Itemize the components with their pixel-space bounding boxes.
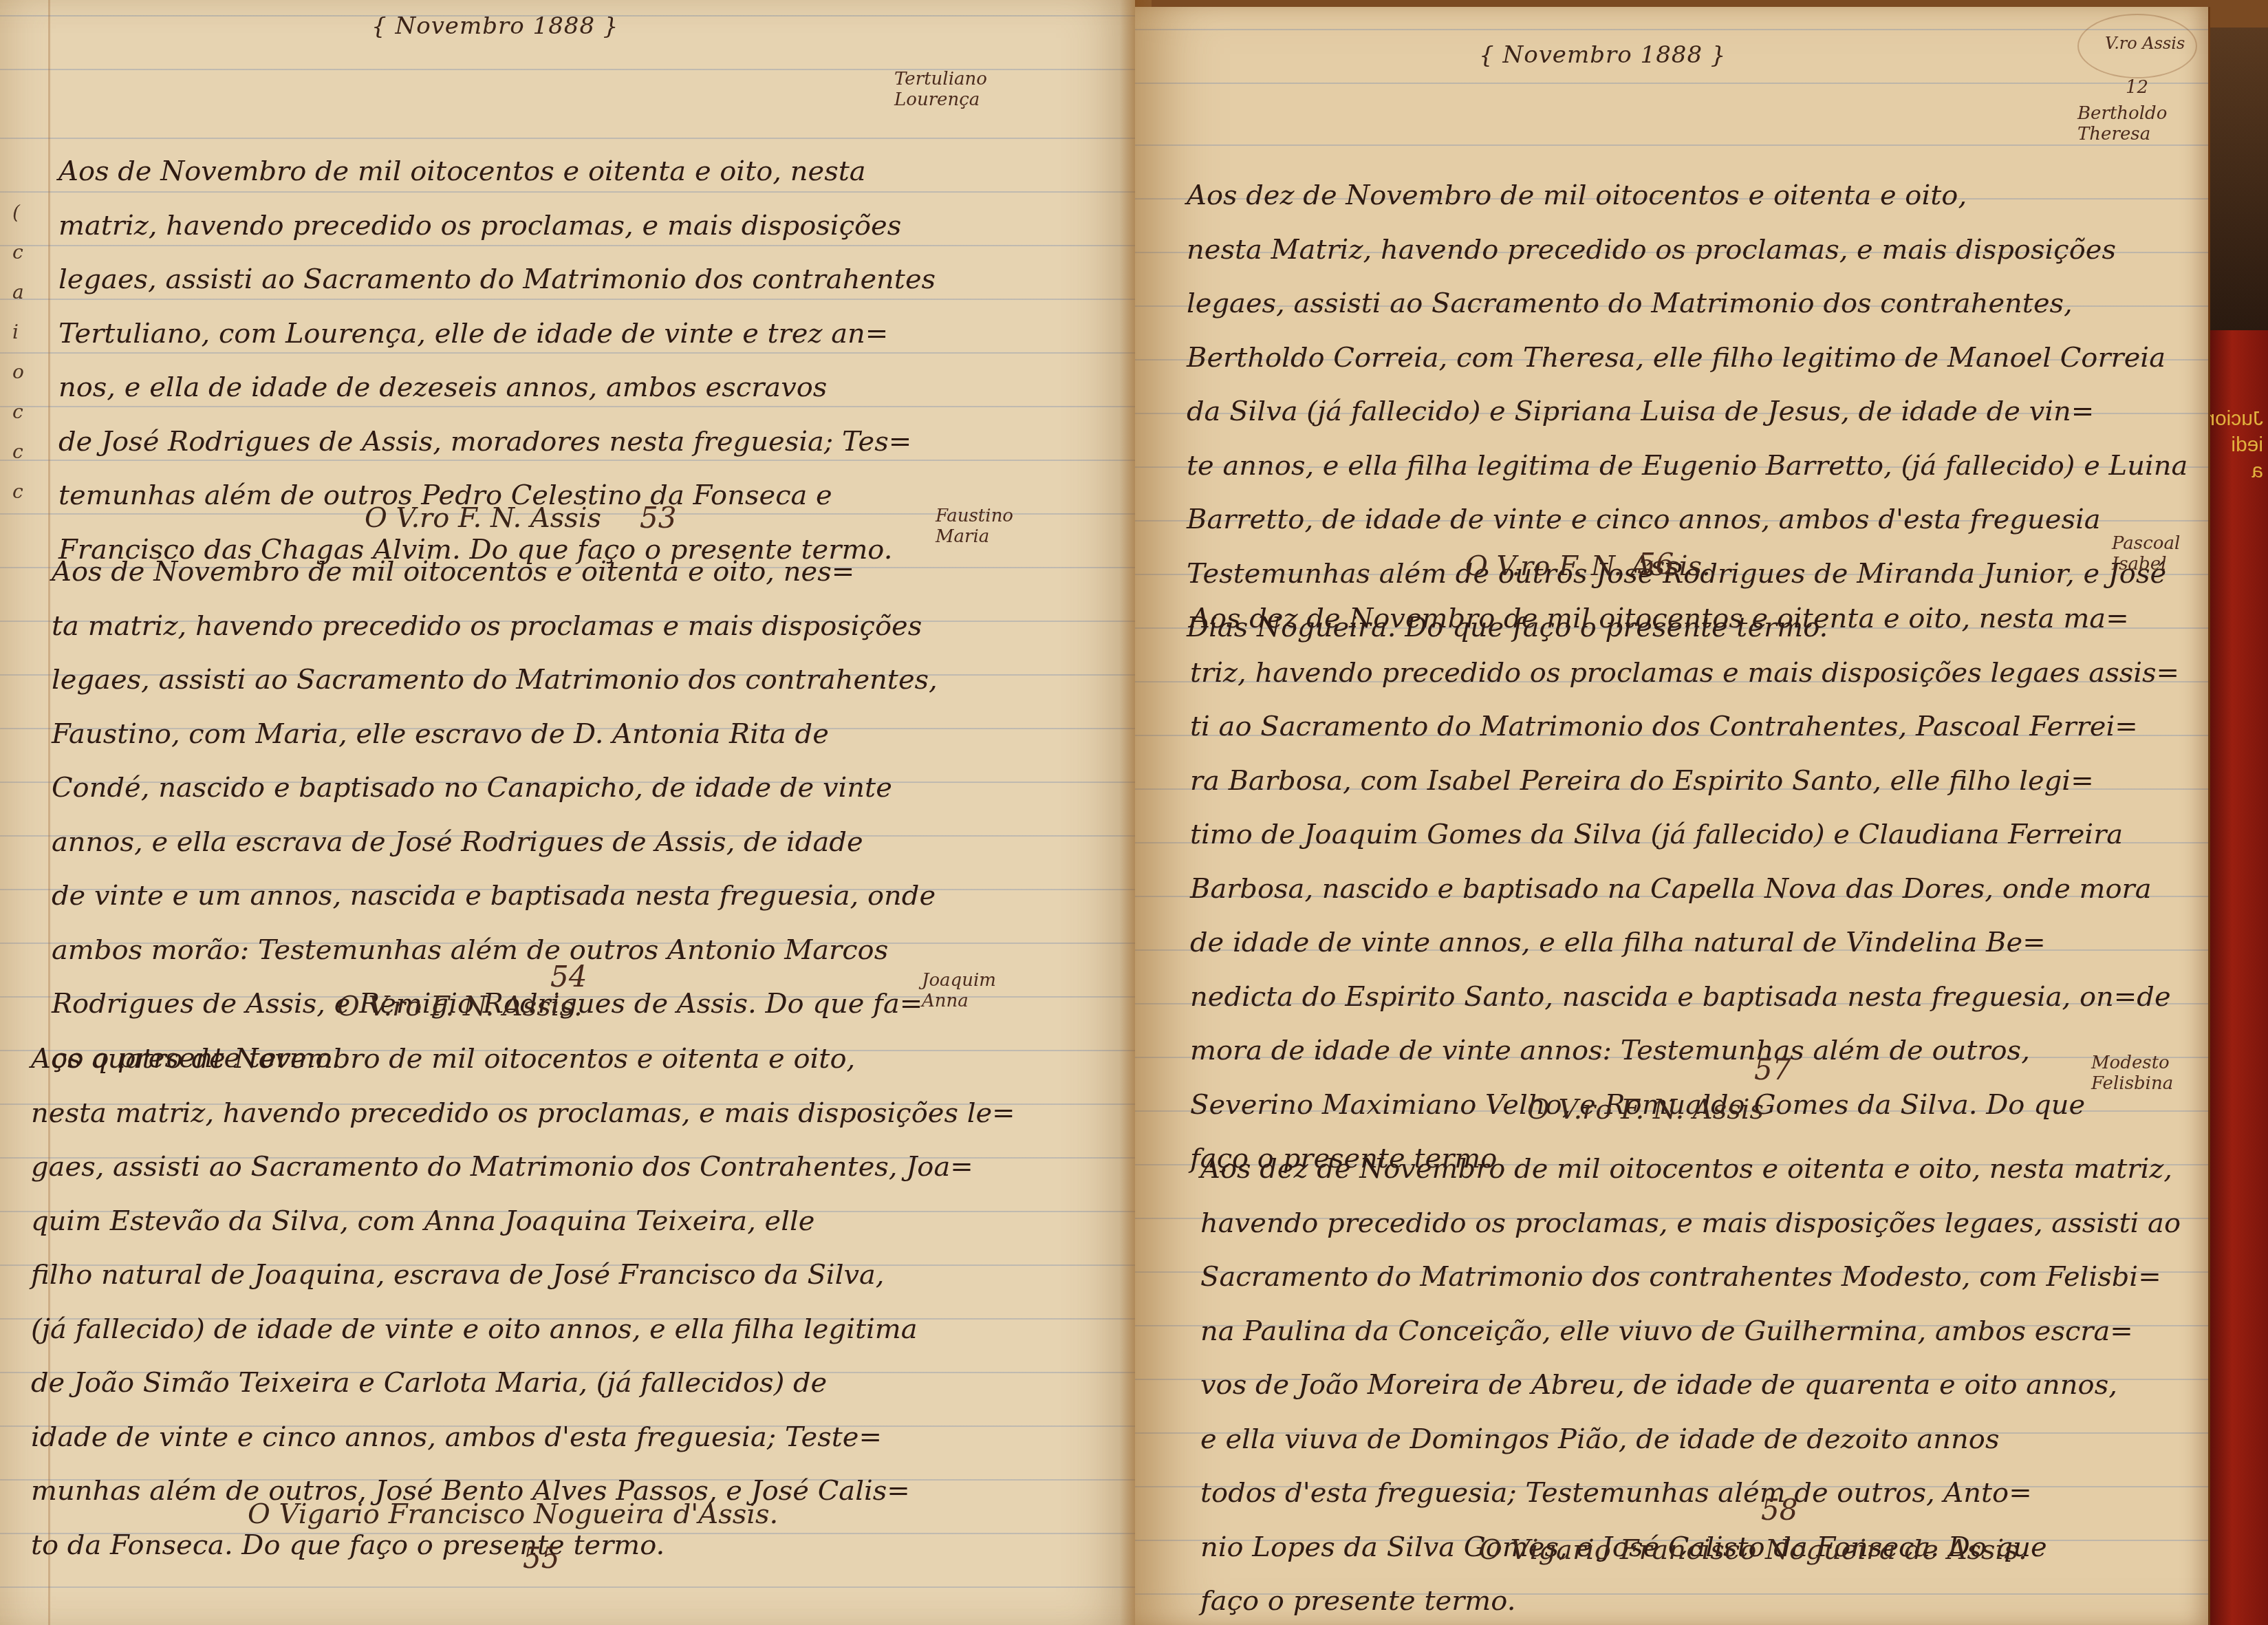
background-shelf (2208, 28, 2268, 330)
priest-signature: O V.ro F. N. Assis. (337, 991, 583, 1022)
corner-stamp-text: V.ro Assis (2105, 33, 2185, 54)
margin-marks: ( c a i o c c c (12, 193, 24, 512)
margin-names-note: Joaquim Anna (922, 970, 996, 1011)
margin-names-note: Faustino Maria (936, 506, 1013, 547)
entry-number: 56 (1637, 547, 1674, 581)
margin-names-note: Pascoal Isabel (2112, 533, 2180, 574)
entry-number: 53 (640, 501, 676, 535)
background-book-label: Jucionar iedi a (2214, 406, 2263, 484)
margin-names-note: Tertuliano Lourença (894, 69, 987, 110)
page-header: { Novembro 1888 } (371, 12, 619, 40)
margin-names-note: Modesto Felisbina (2091, 1053, 2173, 1094)
margin-names-note: Bertholdo Theresa (2077, 103, 2167, 144)
vicar-signature: O Vigario Francisco Nogueira de Assis. (1479, 1534, 2027, 1566)
vicar-signature: O Vigario Francisco Nogueira d'Assis. (248, 1498, 778, 1530)
priest-signature: O V.ro F. N. Assis (1527, 1094, 1764, 1126)
folio-number: 12 (2126, 77, 2148, 98)
entry-number: 57 (1754, 1053, 1791, 1086)
priest-signature: O V.ro F. N. Assis (365, 502, 601, 534)
entry-number: 54 (550, 960, 587, 993)
marriage-entry: Aos quatro de Novembro de mil oitocentos… (31, 1032, 1015, 1572)
open-register-book: Jucionar iedi a ( c a i o c c c { Novemb… (0, 0, 2268, 1625)
entry-number: 55 (523, 1541, 559, 1575)
entry-number: 58 (1761, 1493, 1797, 1527)
left-page: ( c a i o c c c { Novembro 1888 } Tertul… (0, 0, 1135, 1625)
background-red-book (2208, 330, 2268, 1625)
page-header: { Novembro 1888 } (1479, 41, 1727, 69)
